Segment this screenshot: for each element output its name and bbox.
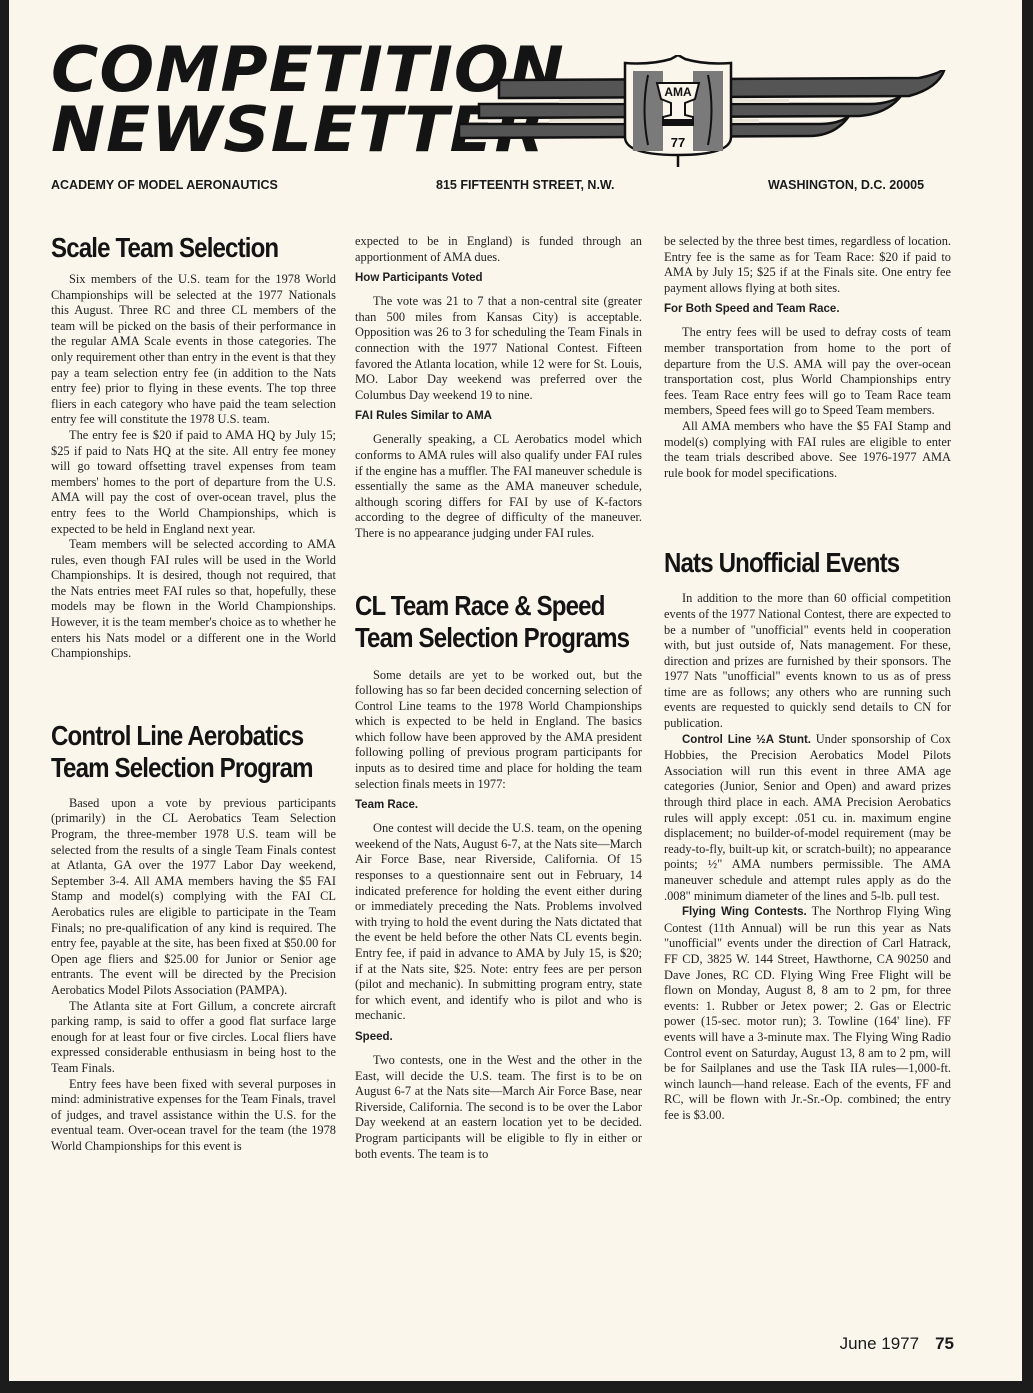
article-paragraph: Entry fees have been fixed with several …	[51, 1077, 336, 1155]
subhead-speed: Speed.	[355, 1030, 642, 1045]
article-paragraph: Based upon a vote by previous participan…	[51, 796, 336, 999]
article-paragraph-continued: expected to be in England) is funded thr…	[355, 234, 642, 265]
svg-text:77: 77	[671, 135, 685, 150]
subhead-fai-rules: FAI Rules Similar to AMA	[355, 409, 642, 424]
page-footer: June 197775	[840, 1334, 954, 1354]
subhead-team-race: Team Race.	[355, 798, 642, 813]
article-paragraph: Six members of the U.S. team for the 197…	[51, 272, 336, 428]
subhead-both-speed-team-race: For Both Speed and Team Race.	[664, 302, 951, 317]
runin-stunt: Control Line ½A Stunt.	[682, 734, 811, 746]
article-headline-scale: Scale Team Selection	[51, 232, 296, 264]
article-headline-cl-aerobatics-1: Control Line Aerobatics	[51, 720, 296, 752]
article-paragraph-continued: be selected by the three best times, reg…	[664, 234, 951, 296]
subhead-how-voted: How Participants Voted	[355, 271, 642, 286]
article-headline-cl-team-race-1: CL Team Race & Speed	[355, 590, 602, 622]
org-address: 815 FIFTEENTH STREET, N.W.	[436, 178, 615, 192]
article-paragraph: All AMA members who have the $5 FAI Stam…	[664, 419, 951, 481]
column-1: Scale Team Selection Six members of the …	[51, 232, 336, 1155]
article-paragraph: The Atlanta site at Fort Gillum, a concr…	[51, 999, 336, 1077]
column-3: be selected by the three best times, reg…	[664, 234, 951, 1124]
article-paragraph: Two contests, one in the West and the ot…	[355, 1053, 642, 1162]
article-paragraph: The vote was 21 to 7 that a non-central …	[355, 294, 642, 403]
article-paragraph: Some details are yet to be worked out, b…	[355, 668, 642, 793]
article-paragraph: The entry fee is $20 if paid to AMA HQ b…	[51, 428, 336, 537]
org-city: WASHINGTON, D.C. 20005	[768, 178, 924, 192]
page-number: 75	[935, 1334, 954, 1353]
issue-date: June 1977	[840, 1334, 919, 1353]
article-paragraph: In addition to the more than 60 official…	[664, 591, 951, 731]
article-paragraph: One contest will decide the U.S. team, o…	[355, 821, 642, 1024]
column-2: expected to be in England) is funded thr…	[355, 234, 642, 1162]
article-paragraph: Generally speaking, a CL Aerobatics mode…	[355, 432, 642, 541]
article-paragraph-stunt: Control Line ½A Stunt. Under sponsorship…	[664, 732, 951, 905]
newsletter-page: COMPETITION NEWSLETTER AMA 77 ACADEMY OF…	[9, 0, 1022, 1381]
article-headline-cl-aerobatics-2: Team Selection Program	[51, 752, 296, 784]
ama-shield-logo-icon: AMA 77	[621, 55, 735, 167]
article-paragraph-flying-wing: Flying Wing Contests. The Northrop Flyin…	[664, 904, 951, 1123]
runin-flying-wing: Flying Wing Contests.	[682, 906, 807, 918]
article-headline-cl-team-race-2: Team Selection Programs	[355, 622, 602, 654]
article-paragraph: The entry fees will be used to defray co…	[664, 325, 951, 419]
svg-text:AMA: AMA	[664, 85, 692, 99]
article-paragraph: Team members will be selected according …	[51, 537, 336, 662]
article-headline-nats-unofficial: Nats Unofficial Events	[664, 547, 911, 579]
org-name: ACADEMY OF MODEL AERONAUTICS	[51, 178, 278, 192]
